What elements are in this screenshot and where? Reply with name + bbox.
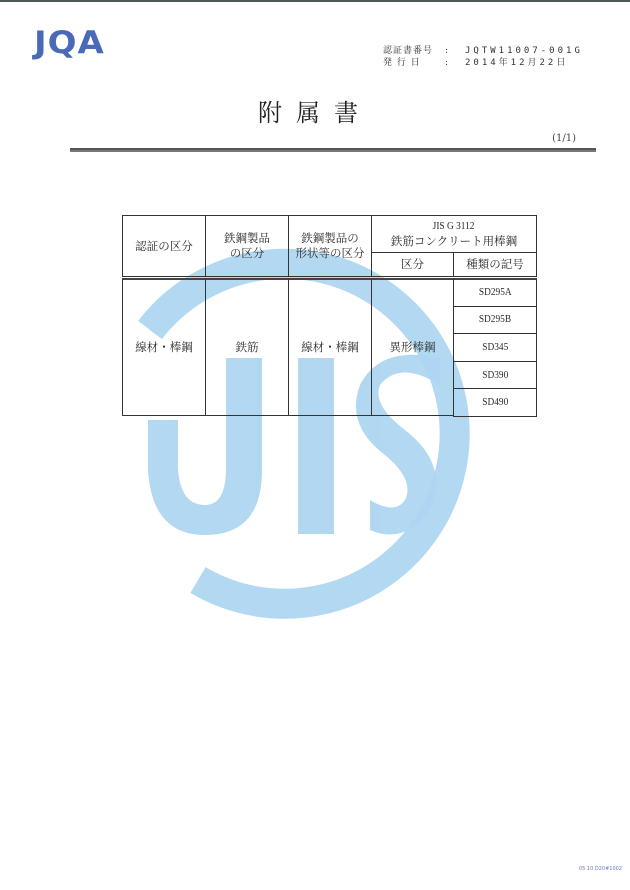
symbol-row: SD295B xyxy=(453,306,537,335)
header-text: 認証の区分 xyxy=(135,239,193,254)
header-type-symbol: 種類の記号 xyxy=(453,252,537,277)
symbol-text: SD295A xyxy=(479,285,512,300)
header-text: 鉄筋コンクリート用棒鋼 xyxy=(391,234,517,249)
header-text: 鉄鋼製品の xyxy=(301,231,359,246)
symbol-row: SD345 xyxy=(453,333,537,362)
cell-text: 線材・棒鋼 xyxy=(135,340,193,355)
header-division: 区分 xyxy=(371,252,454,277)
body-shape-category: 線材・棒鋼 xyxy=(288,278,372,416)
scan-top-edge xyxy=(0,0,630,2)
header-shape-category: 鉄鋼製品の 形状等の区分 xyxy=(288,215,372,277)
separator: : xyxy=(445,45,465,57)
page-indicator: (1/1) xyxy=(552,133,576,144)
certificate-meta: 認証書番号 : JQTW11007-001G 発 行 日 : 2014年12月2… xyxy=(383,45,583,69)
header-text: 形状等の区分 xyxy=(296,246,365,261)
footer-code: 05.10 D20#1002 xyxy=(579,866,622,872)
header-text: 鉄鋼製品 xyxy=(224,231,270,246)
cell-text: 異形棒鋼 xyxy=(390,340,436,355)
header-text: 区分 xyxy=(401,257,424,272)
cert-number-label: 認証書番号 xyxy=(383,45,445,57)
cell-text: 線材・棒鋼 xyxy=(301,340,359,355)
symbol-text: SD490 xyxy=(482,395,508,410)
header-product-category: 鉄鋼製品 の区分 xyxy=(205,215,289,277)
header-text: JIS G 3112 xyxy=(433,219,475,234)
symbol-text: SD295B xyxy=(479,312,511,327)
header-text: 種類の記号 xyxy=(466,257,524,272)
jis-watermark-icon xyxy=(0,0,630,890)
symbol-row: SD490 xyxy=(453,388,537,417)
document-title: 附属書 xyxy=(0,93,630,128)
body-cert-category: 線材・棒鋼 xyxy=(122,278,206,416)
body-division: 異形棒鋼 xyxy=(371,278,454,416)
issue-date-value: 2014年12月22日 xyxy=(465,57,568,69)
title-rule xyxy=(70,148,596,152)
symbol-text: SD390 xyxy=(482,368,508,383)
body-product-category: 鉄筋 xyxy=(205,278,289,416)
cell-text: 鉄筋 xyxy=(236,340,259,355)
scope-table: 認証の区分 鉄鋼製品 の区分 鉄鋼製品の 形状等の区分 JIS G 3112 鉄… xyxy=(122,215,537,416)
issue-date-label: 発 行 日 xyxy=(383,57,445,69)
symbol-row: SD390 xyxy=(453,361,537,390)
cert-number-value: JQTW11007-001G xyxy=(465,45,583,57)
symbol-text: SD345 xyxy=(482,340,508,355)
separator: : xyxy=(445,57,465,69)
jqa-logo: JQA xyxy=(34,27,105,58)
header-text: の区分 xyxy=(230,246,265,261)
symbol-row: SD295A xyxy=(453,278,537,307)
header-cert-category: 認証の区分 xyxy=(122,215,206,277)
header-jis-standard: JIS G 3112 鉄筋コンクリート用棒鋼 xyxy=(371,215,537,253)
